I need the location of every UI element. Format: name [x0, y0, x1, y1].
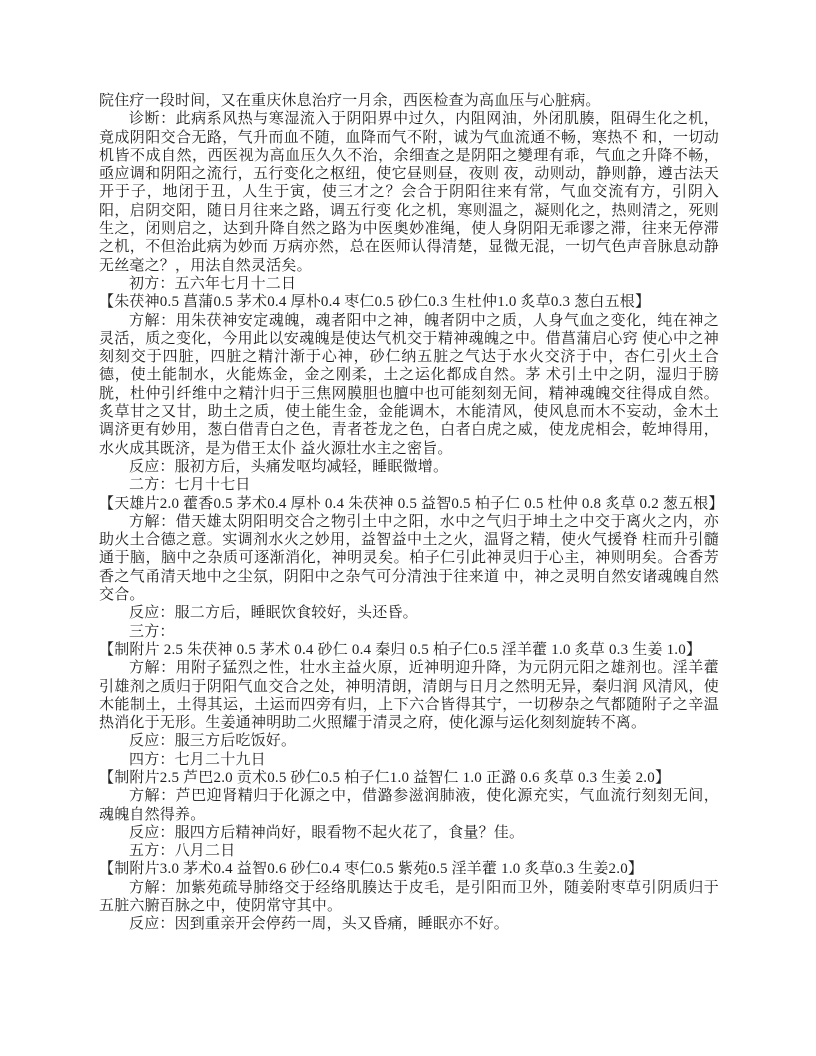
- record-1-date: 初方：五六年七月十二日: [99, 275, 719, 293]
- text-block: 院住疗一段时间，又在重庆休息治疗一月余，西医检查为高血压与心脏病。 诊断：此病系…: [99, 92, 719, 934]
- record-3-date: 三方：: [99, 623, 719, 641]
- record-2-explanation: 方解：借天雄太阴阳明交合之物引土中之阳，水中之气归于坤土之中交于离火之内，亦助火…: [99, 513, 719, 604]
- intro-continuation-text: 院住疗一段时间，又在重庆休息治疗一月余，西医检查为高血压与心脏病。: [99, 92, 719, 110]
- record-3-explanation: 方解：用附子猛烈之性，壮水主益火原，近神明迎升降，为元阴元阳之雄剂也。淫羊藿引雄…: [99, 659, 719, 732]
- record-4-prescription: 【制附片2.5 芦巴2.0 贡术0.5 砂仁0.5 柏子仁1.0 益智仁 1.0…: [99, 769, 719, 787]
- record-3-prescription: 【制附片 2.5 朱茯神 0.5 茅术 0.4 砂仁 0.4 秦归 0.5 柏子…: [99, 641, 719, 659]
- record-2-date: 二方：七月十七日: [99, 476, 719, 494]
- document-page: 院住疗一段时间，又在重庆休息治疗一月余，西医检查为高血压与心脏病。 诊断：此病系…: [0, 0, 816, 1056]
- record-5-reaction: 反应：因到重亲开会停药一周，头又昏痛，睡眠亦不好。: [99, 915, 719, 933]
- record-1-reaction: 反应：服初方后，头痛发呕均减轻，睡眠微增。: [99, 458, 719, 476]
- record-4-reaction: 反应：服四方后精神尚好，眼看物不起火花了，食量？佳。: [99, 824, 719, 842]
- record-4-explanation: 方解：芦巴迎肾精归于化源之中，借潞参滋润肺液，使化源充实，气血流行刻刻无间，魂魄…: [99, 787, 719, 824]
- record-5-explanation: 方解：加紫苑疏导肺络交于经络肌腠达于皮毛，是引阳而卫外，随姜附枣草引阴质归于五脏…: [99, 879, 719, 916]
- record-5-prescription: 【制附片3.0 茅术0.4 益智0.6 砂仁0.4 枣仁0.5 紫苑0.5 淫羊…: [99, 860, 719, 878]
- record-4-date: 四方：七月二十九日: [99, 751, 719, 769]
- record-1-explanation: 方解：用朱茯神安定魂魄，魂者阳中之神，魄者阴中之质，人身气血之变化，纯在神之灵活…: [99, 312, 719, 458]
- record-1-prescription: 【朱茯神0.5 菖蒲0.5 茅术0.4 厚朴0.4 枣仁0.5 砂仁0.3 生杜…: [99, 293, 719, 311]
- record-5-date: 五方：八月二日: [99, 842, 719, 860]
- record-2-reaction: 反应：服二方后，睡眠饮食较好，头还昏。: [99, 604, 719, 622]
- diagnosis-text: 诊断：此病系风热与寒湿流入于阴阳界中过久，内阻网油，外闭肌腠，阻碍生化之机，竟成…: [99, 110, 719, 275]
- record-2-prescription: 【天雄片2.0 藿香0.5 茅术0.4 厚朴 0.4 朱茯神 0.5 益智0.5…: [99, 495, 719, 513]
- record-3-reaction: 反应：服三方后吃饭好。: [99, 732, 719, 750]
